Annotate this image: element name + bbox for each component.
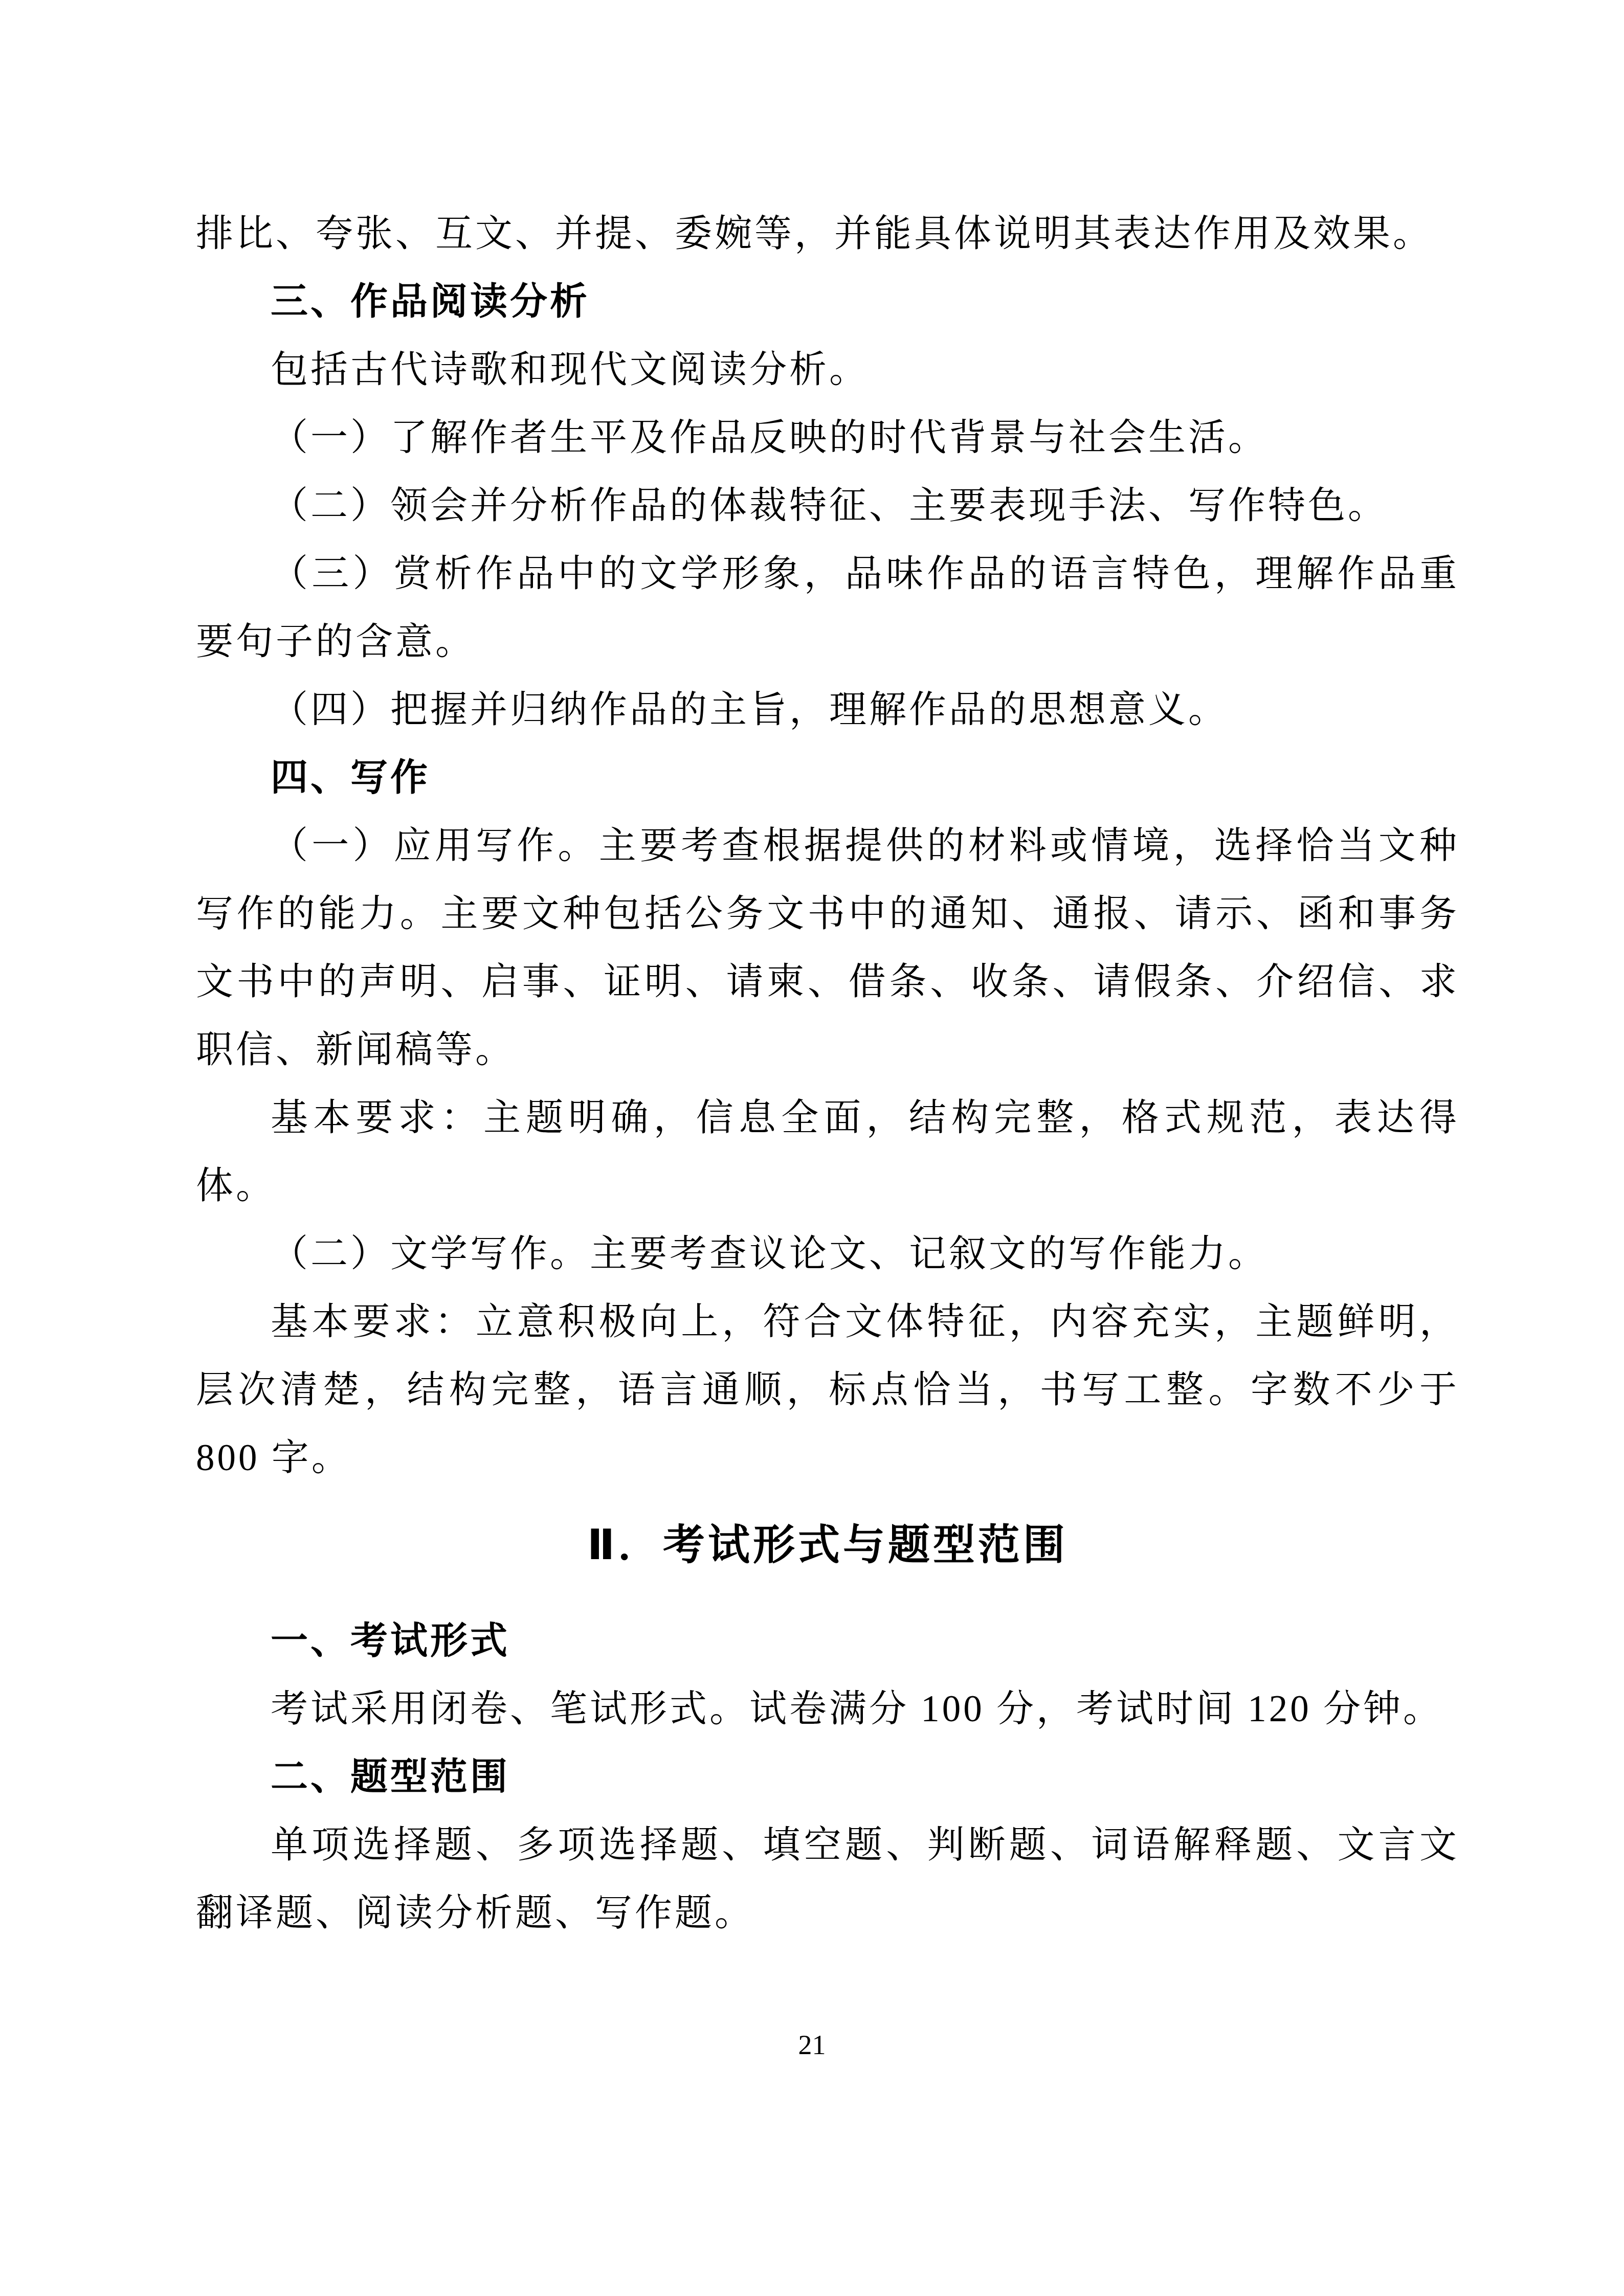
- heading-part-2-exam-format-and-question-types: Ⅱ．考试形式与题型范围: [196, 1510, 1459, 1581]
- heading-section-3-reading-analysis: 三、作品阅读分析: [196, 267, 1459, 335]
- page-number: 21: [0, 2029, 1624, 2061]
- paragraph-item-3-literary-image: （三）赏析作品中的文学形象，品味作品的语言特色，理解作品重要句子的含意。: [196, 539, 1459, 676]
- paragraph-item-4-theme-meaning: （四）把握并归纳作品的主旨，理解作品的思想意义。: [196, 676, 1459, 744]
- paragraph-practical-writing: （一）应用写作。主要考查根据提供的材料或情境，选择恰当文种写作的能力。主要文种包…: [196, 812, 1459, 1084]
- heading-question-types: 二、题型范围: [196, 1743, 1459, 1811]
- paragraph-item-1-author-background: （一）了解作者生平及作品反映的时代背景与社会生活。: [196, 403, 1459, 471]
- paragraph-rhetoric-continuation: 排比、夸张、互文、并提、委婉等，并能具体说明其表达作用及效果。: [196, 199, 1459, 267]
- paragraph-question-types-list: 单项选择题、多项选择题、填空题、判断题、词语解释题、文言文翻译题、阅读分析题、写…: [196, 1811, 1459, 1947]
- paragraph-basic-requirements-practical: 基本要求：主题明确，信息全面，结构完整，格式规范，表达得体。: [196, 1084, 1459, 1220]
- document-page: 排比、夸张、互文、并提、委婉等，并能具体说明其表达作用及效果。 三、作品阅读分析…: [0, 0, 1624, 2296]
- paragraph-basic-requirements-literary: 基本要求：立意积极向上，符合文体特征，内容充实，主题鲜明，层次清楚，结构完整，语…: [196, 1288, 1459, 1492]
- paragraph-literary-writing: （二）文学写作。主要考查议论文、记叙文的写作能力。: [196, 1220, 1459, 1288]
- paragraph-reading-scope: 包括古代诗歌和现代文阅读分析。: [196, 335, 1459, 403]
- paragraph-exam-format-details: 考试采用闭卷、笔试形式。试卷满分 100 分，考试时间 120 分钟。: [196, 1675, 1459, 1743]
- heading-exam-format: 一、考试形式: [196, 1607, 1459, 1675]
- heading-section-4-writing: 四、写作: [196, 744, 1459, 812]
- paragraph-item-2-genre-features: （二）领会并分析作品的体裁特征、主要表现手法、写作特色。: [196, 471, 1459, 539]
